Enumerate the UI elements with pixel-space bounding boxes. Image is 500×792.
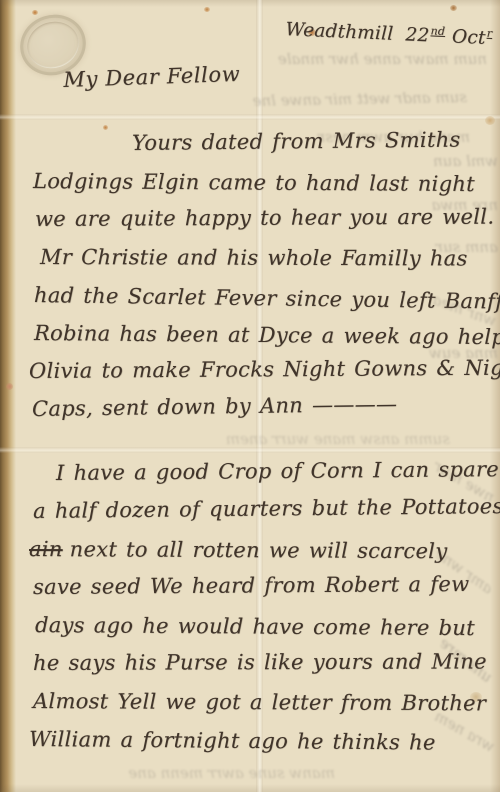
dateline-day-suffix: nd [430, 24, 445, 38]
letter-line: Mr Christie and his whole Familly has [40, 238, 500, 278]
fold-crease-horizontal-1 [0, 114, 500, 120]
paragraph-1: Yours dated from Mrs Smiths Lodgings Elg… [0, 124, 500, 428]
showthrough-line: num mawr anne hwr mnale [282, 50, 487, 68]
paragraph-2: I have a good Crop of Corn I can spare a… [0, 454, 500, 758]
line-text: had the Scarlet Fever since you left Ban… [34, 283, 500, 314]
line-text: Caps, sent down by Ann ———— [32, 392, 398, 421]
letter-line: Almost Yell we got a letter from Brother [33, 682, 500, 722]
letter-line: days ago he would have come here but [35, 606, 500, 647]
line-text: we are quite happy to hear you are well. [35, 205, 494, 231]
showthrough-line: manw sune awrr menn ane [55, 764, 335, 782]
letter-line: a half dozen of quarters but the Pottato… [33, 487, 500, 530]
line-text: Mr Christie and his whole Familly has [40, 245, 468, 270]
foxing-spot [204, 7, 210, 12]
line-text: William a fortnight ago he thinks he [29, 727, 436, 755]
letter-line: we are quite happy to hear you are well. [35, 198, 500, 238]
foxing-spot [450, 5, 457, 11]
line-text: Yours dated from Mrs Smiths [132, 128, 461, 155]
dateline-place: Weadthmill [285, 19, 394, 45]
letter-line: he says his Purse is like yours and Mine [33, 642, 500, 682]
letter-line: William a fortnight ago he thinks he [29, 720, 500, 762]
line-text: Olivia to make Frocks Night Gowns & Nigh… [29, 355, 500, 383]
line-text: Robina has been at Dyce a week ago helpi… [34, 321, 500, 349]
paper-edge-top [0, 0, 500, 7]
letter-page: num mawr anne hwr mnale sum andr wett mi… [0, 0, 500, 792]
letter-line: Yours dated from Mrs Smiths [132, 120, 500, 162]
letter-line: I have a good Crop of Corn I can spare [56, 450, 500, 492]
salutation: My Dear Fellow [63, 62, 241, 92]
line-text: a half dozen of quarters but the Pottato… [33, 494, 500, 523]
line-text: next to all rotten we will scarcely [70, 537, 448, 563]
paper-edge-bottom [0, 784, 500, 792]
dateline-month-suffix: r [487, 27, 493, 40]
line-text: days ago he would have come here but [35, 613, 475, 640]
showthrough-line: summ answ mane wurr anem [140, 430, 450, 448]
line-text: save seed We heard from Robert a few [33, 572, 469, 599]
showthrough-line: sum andr wett mir anwe lne [252, 88, 467, 110]
letter-line: save seed We heard from Robert a few [33, 565, 500, 606]
foxing-spot [32, 10, 38, 15]
dateline-day: 22 [405, 24, 430, 46]
line-text: Almost Yell we got a letter from Brother [33, 689, 486, 715]
line-text: he says his Purse is like yours and Mine [33, 649, 487, 675]
line-text: Lodgings Elgin came to hand last night [33, 169, 475, 196]
letter-line: Caps, sent down by Ann ———— [32, 383, 500, 428]
dateline: Weadthmill 22nd Octr 1846 [285, 18, 500, 52]
dateline-month: Oct [452, 26, 486, 48]
line-text: I have a good Crop of Corn I can spare [56, 457, 499, 485]
struck-word: ain [29, 537, 63, 561]
